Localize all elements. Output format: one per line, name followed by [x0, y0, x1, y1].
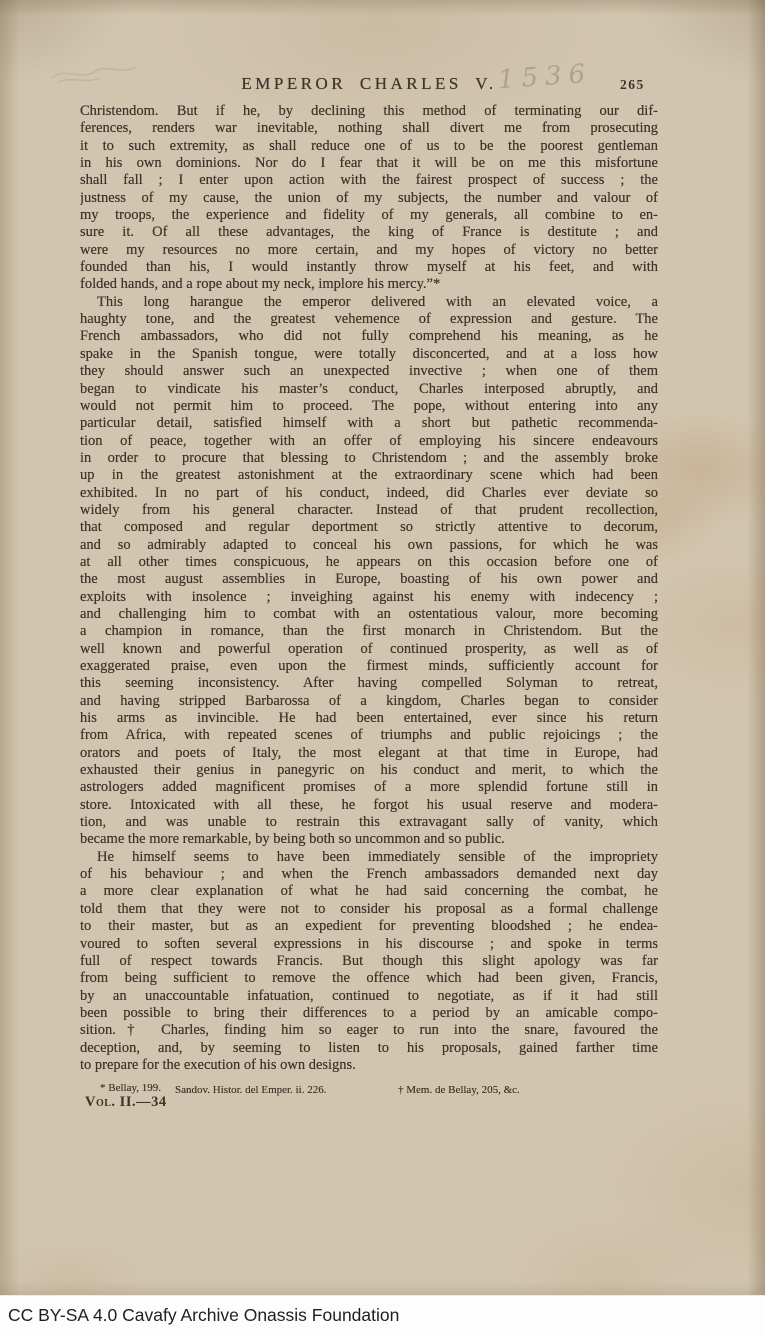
text-line: and challenging him to combat with an os…: [80, 606, 658, 623]
text-line: full of respect towards Francis. But tho…: [80, 953, 658, 970]
text-line: at all other times conspicuous, he appea…: [80, 554, 658, 571]
text-line: tion of peace, together with an offer of…: [80, 433, 658, 450]
text-line: exaggerated praise, even upon the firmes…: [80, 658, 658, 675]
footnote-dagger: † Mem. de Bellay, 205, &c.: [398, 1084, 520, 1096]
text-line: it to such extremity, as shall reduce on…: [80, 138, 658, 155]
text-line: in order to procure that blessing to Chr…: [80, 450, 658, 467]
text-line: that composed and regular deportment so …: [80, 519, 658, 536]
text-line: French ambassadors, who did not fully co…: [80, 328, 658, 345]
text-line: orators and poets of Italy, the most ele…: [80, 745, 658, 762]
text-line: this seeming inconsistency. After having…: [80, 675, 658, 692]
text-line: were my resources no more certain, and m…: [80, 242, 658, 259]
footnote-source: Sandov. Histor. del Emper. ii. 226.: [175, 1084, 326, 1096]
text-line: to prepare for the execution of his own …: [80, 1057, 658, 1074]
text-line: This long harangue the emperor delivered…: [80, 294, 658, 311]
text-line: Christendom. But if he, by declining thi…: [80, 103, 658, 120]
text-line: a more clear explanation of what he had …: [80, 883, 658, 900]
text-line: astrologers added magnificent promises o…: [80, 779, 658, 796]
text-line: sure it. Of all these advantages, the ki…: [80, 224, 658, 241]
text-line: store. Intoxicated with all these, he fo…: [80, 797, 658, 814]
license-attribution-bar: CC BY-SA 4.0 Cavafy Archive Onassis Foun…: [0, 1295, 765, 1335]
footnote-row: * Bellay, 199. Sandov. Histor. del Emper…: [80, 1082, 658, 1098]
text-line: to their master, but as an expedient for…: [80, 918, 658, 935]
text-line: from Africa, with repeated scenes of tri…: [80, 727, 658, 744]
text-line: began to vindicate his master’s conduct,…: [80, 381, 658, 398]
text-line: exhibited. In no part of his conduct, in…: [80, 485, 658, 502]
license-text: CC BY-SA 4.0 Cavafy Archive Onassis Foun…: [8, 1305, 399, 1326]
text-line: exploits with insolence ; inveighing aga…: [80, 589, 658, 606]
text-line: founded than his, I would instantly thro…: [80, 259, 658, 276]
text-line: particular detail, satisfied himself wit…: [80, 415, 658, 432]
text-line: my troops, the experience and fidelity o…: [80, 207, 658, 224]
scanned-book-page: EMPEROR CHARLES V. 1536 265 Christendom.…: [0, 0, 765, 1335]
text-line: ferences, renders war inevitable, nothin…: [80, 120, 658, 137]
body-text: Christendom. But if he, by declining thi…: [80, 103, 658, 1074]
text-line: became the more remarkable, by being bot…: [80, 831, 658, 848]
text-line: and having stripped Barbarossa of a king…: [80, 693, 658, 710]
text-line: from being sufficient to remove the offe…: [80, 970, 658, 987]
text-line: tion, and was unable to restrain this ex…: [80, 814, 658, 831]
text-line: his arms as invincible. He had been ente…: [80, 710, 658, 727]
text-line: spake in the Spanish tongue, were totall…: [80, 346, 658, 363]
text-line: they should answer such an unexpected in…: [80, 363, 658, 380]
footnote-star: * Bellay, 199.: [100, 1082, 161, 1094]
text-line: justness of my cause, the union of my su…: [80, 190, 658, 207]
text-line: well known and powerful operation of con…: [80, 641, 658, 658]
text-line: in his own dominions. Nor do I fear that…: [80, 155, 658, 172]
text-line: would not permit him to proceed. The pop…: [80, 398, 658, 415]
text-line: up in the greatest astonishment at the e…: [80, 467, 658, 484]
text-line: of his behaviour ; and when the French a…: [80, 866, 658, 883]
text-line: been possible to bring their differences…: [80, 1005, 658, 1022]
text-line: sition.† Charles, finding him so eager t…: [80, 1022, 658, 1039]
page-number: 265: [620, 77, 645, 93]
book-page-paper: EMPEROR CHARLES V. 1536 265 Christendom.…: [0, 0, 765, 1295]
volume-signature-mark: Vol. II.—34: [85, 1094, 167, 1111]
text-line: haughty tone, and the greatest vehemence…: [80, 311, 658, 328]
text-line: the most august assemblies in Europe, bo…: [80, 571, 658, 588]
text-line: voured to soften several expressions in …: [80, 936, 658, 953]
text-line: told them that they were not to consider…: [80, 901, 658, 918]
text-line: deception, and, by seeming to listen to …: [80, 1040, 658, 1057]
text-line: and so admirably adapted to conceal his …: [80, 537, 658, 554]
text-line: a champion in romance, than the first mo…: [80, 623, 658, 640]
text-line: by an unaccountable infatuation, continu…: [80, 988, 658, 1005]
text-line: shall fall ; I enter upon action with th…: [80, 172, 658, 189]
text-line: He himself seems to have been immediatel…: [80, 849, 658, 866]
text-line: exhausted their genius in panegyric on h…: [80, 762, 658, 779]
text-line: widely from his general character. Inste…: [80, 502, 658, 519]
text-line: folded hands, and a rope about my neck, …: [80, 276, 658, 293]
